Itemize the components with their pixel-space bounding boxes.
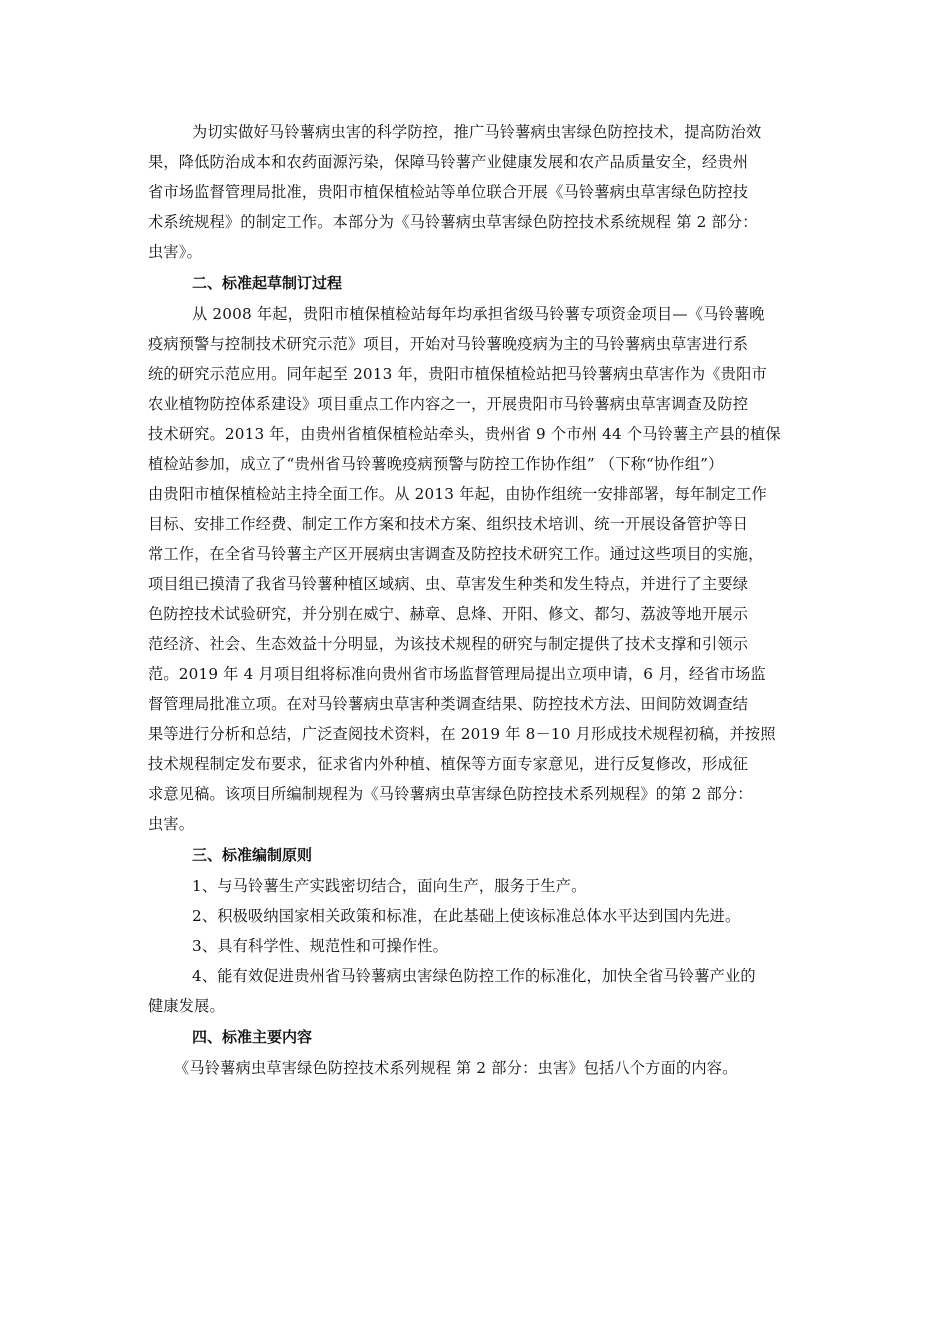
paragraph-line: 植检站参加，成立了“贵州省马铃薯晚疫病预警与防控工作协作组” （下称“协作组”） (148, 449, 814, 479)
paragraph-line: 督管理局批准立项。在对马铃薯病虫草害种类调查结果、防控技术方法、田间防效调查结 (148, 689, 814, 719)
principles-list: 1、与马铃薯生产实践密切结合，面向生产，服务于生产。 2、积极吸纳国家相关政策和… (148, 871, 814, 1021)
paragraph-line: 果等进行分析和总结，广泛查阅技术资料，在 2019 年 8－10 月形成技术规程… (148, 719, 814, 749)
section-heading-principles: 三、标准编制原则 (148, 839, 814, 871)
list-item: 3、具有科学性、规范性和可操作性。 (148, 931, 814, 961)
list-item: 4、能有效促进贵州省马铃薯病虫害绿色防控工作的标准化，加快全省马铃薯产业的 (148, 961, 814, 991)
paragraph-line: 术系统规程》的制定工作。本部分为《马铃薯病虫草害绿色防控技术系统规程 第 2 部… (148, 207, 814, 237)
paragraph-line: 目标、安排工作经费、制定工作方案和技术方案、组织技术培训、统一开展设备管护等日 (148, 509, 814, 539)
paragraph-line: 为切实做好马铃薯病虫害的科学防控，推广马铃薯病虫害绿色防控技术，提高防治效 (148, 117, 814, 147)
paragraph-line: 虫害》。 (148, 237, 814, 267)
paragraph-line: 项目组已摸清了我省马铃薯种植区域病、虫、草害发生种类和发生特点，并进行了主要绿 (148, 569, 814, 599)
paragraph-line: 技术规程制定发布要求，征求省内外种植、植保等方面专家意见，进行反复修改，形成征 (148, 749, 814, 779)
list-item: 1、与马铃薯生产实践密切结合，面向生产，服务于生产。 (148, 871, 814, 901)
drafting-process-paragraph: 从 2008 年起，贵阳市植保植检站每年均承担省级马铃薯专项资金项目—《马铃薯晚… (148, 299, 814, 839)
paragraph-line: 范。2019 年 4 月项目组将标准向贵州省市场监督管理局提出立项申请，6 月，… (148, 659, 814, 689)
paragraph-line: 求意见稿。该项目所编制规程为《马铃薯病虫草害绿色防控技术系列规程》的第 2 部分… (148, 779, 814, 809)
paragraph-line: 技术研究。2013 年，由贵州省植保植检站牵头，贵州省 9 个市州 44 个马铃… (148, 419, 814, 449)
main-content-paragraph: 《马铃薯病虫草害绿色防控技术系列规程 第 2 部分：虫害》包括八个方面的内容。 (148, 1053, 814, 1083)
paragraph-line: 常工作，在全省马铃薯主产区开展病虫害调查及防控技术研究工作。通过这些项目的实施， (148, 539, 814, 569)
paragraph-line: 范经济、社会、生态效益十分明显，为该技术规程的研究与制定提供了技术支撑和引领示 (148, 629, 814, 659)
paragraph-line: 由贵阳市植保植检站主持全面工作。从 2013 年起，由协作组统一安排部署，每年制… (148, 479, 814, 509)
paragraph-line: 虫害。 (148, 809, 814, 839)
paragraph-line: 《马铃薯病虫草害绿色防控技术系列规程 第 2 部分：虫害》包括八个方面的内容。 (148, 1053, 814, 1083)
list-item: 2、积极吸纳国家相关政策和标准，在此基础上使该标准总体水平达到国内先进。 (148, 901, 814, 931)
paragraph-line: 从 2008 年起，贵阳市植保植检站每年均承担省级马铃薯专项资金项目—《马铃薯晚 (148, 299, 814, 329)
paragraph-line: 农业植物防控体系建设》项目重点工作内容之一，开展贵阳市马铃薯病虫草害调查及防控 (148, 389, 814, 419)
document-page: 为切实做好马铃薯病虫害的科学防控，推广马铃薯病虫害绿色防控技术，提高防治效 果，… (148, 117, 814, 1083)
paragraph-line: 色防控技术试验研究，并分别在威宁、赫章、息烽、开阳、修文、都匀、荔波等地开展示 (148, 599, 814, 629)
paragraph-line: 省市场监督管理局批准，贵阳市植保植检站等单位联合开展《马铃薯病虫草害绿色防控技 (148, 177, 814, 207)
list-item-continuation: 健康发展。 (148, 991, 814, 1021)
section-heading-drafting-process: 二、标准起草制订过程 (148, 267, 814, 299)
paragraph-line: 疫病预警与控制技术研究示范》项目，开始对马铃薯晚疫病为主的马铃薯病虫草害进行系 (148, 329, 814, 359)
paragraph-line: 统的研究示范应用。同年起至 2013 年，贵阳市植保植检站把马铃薯病虫草害作为《… (148, 359, 814, 389)
intro-paragraph: 为切实做好马铃薯病虫害的科学防控，推广马铃薯病虫害绿色防控技术，提高防治效 果，… (148, 117, 814, 267)
paragraph-line: 果，降低防治成本和农药面源污染，保障马铃薯产业健康发展和农产品质量安全，经贵州 (148, 147, 814, 177)
section-heading-main-content: 四、标准主要内容 (148, 1021, 814, 1053)
